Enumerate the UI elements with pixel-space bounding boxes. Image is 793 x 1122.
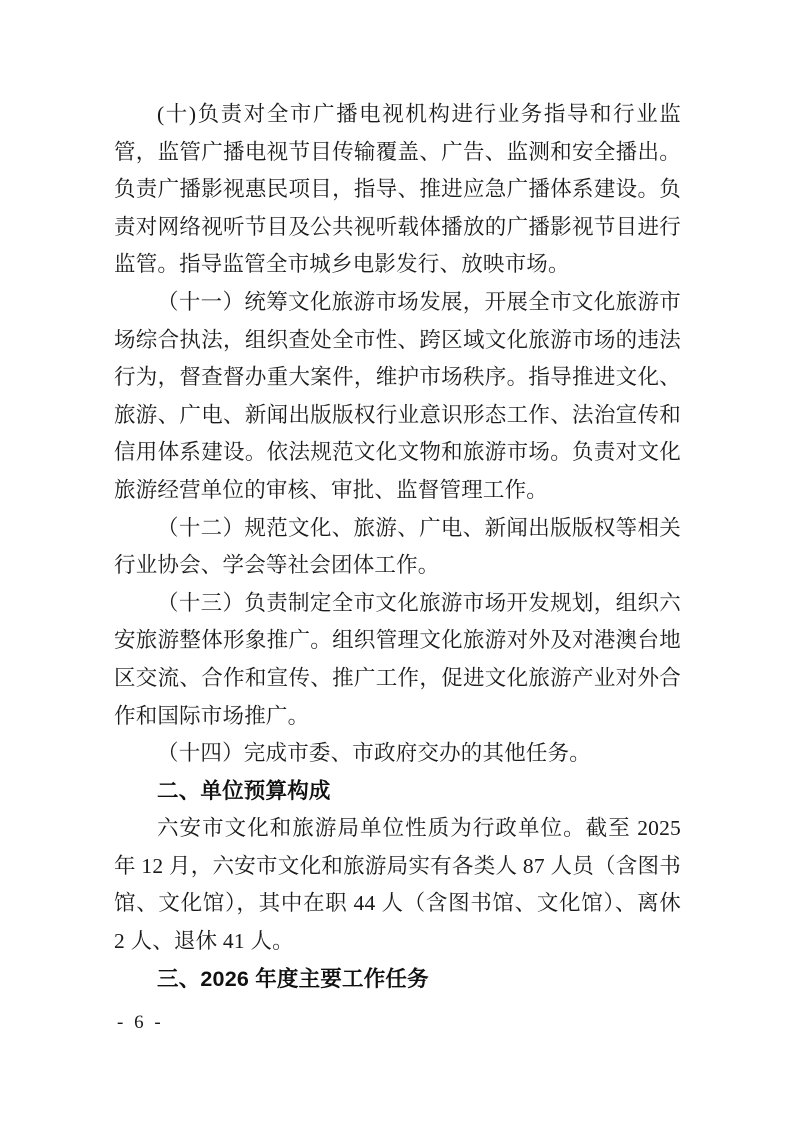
section-heading: 三、2026 年度主要工作任务 xyxy=(114,961,681,999)
body-paragraph: （十一）统筹文化旅游市场发展，开展全市文化旅游市场综合执法，组织查处全市性、跨区… xyxy=(114,284,681,510)
body-paragraph: （十三）负责制定全市文化旅游市场开发规划，组织六安旅游整体形象推广。组织管理文化… xyxy=(114,585,681,735)
body-paragraph: （十二）规范文化、旅游、广电、新闻出版版权等相关行业协会、学会等社会团体工作。 xyxy=(114,510,681,585)
page-number: - 6 - xyxy=(117,1012,164,1034)
body-paragraph: （十四）完成市委、市政府交办的其他任务。 xyxy=(114,735,681,773)
document-body: (十)负责对全市广播电视机构进行业务指导和行业监管，监管广播电视节目传输覆盖、广… xyxy=(114,96,681,998)
document-page: (十)负责对全市广播电视机构进行业务指导和行业监管，监管广播电视节目传输覆盖、广… xyxy=(0,0,793,1122)
body-paragraph: 六安市文化和旅游局单位性质为行政单位。截至 2025 年 12 月，六安市文化和… xyxy=(114,810,681,960)
section-heading: 二、单位预算构成 xyxy=(114,773,681,811)
body-paragraph: (十)负责对全市广播电视机构进行业务指导和行业监管，监管广播电视节目传输覆盖、广… xyxy=(114,96,681,284)
